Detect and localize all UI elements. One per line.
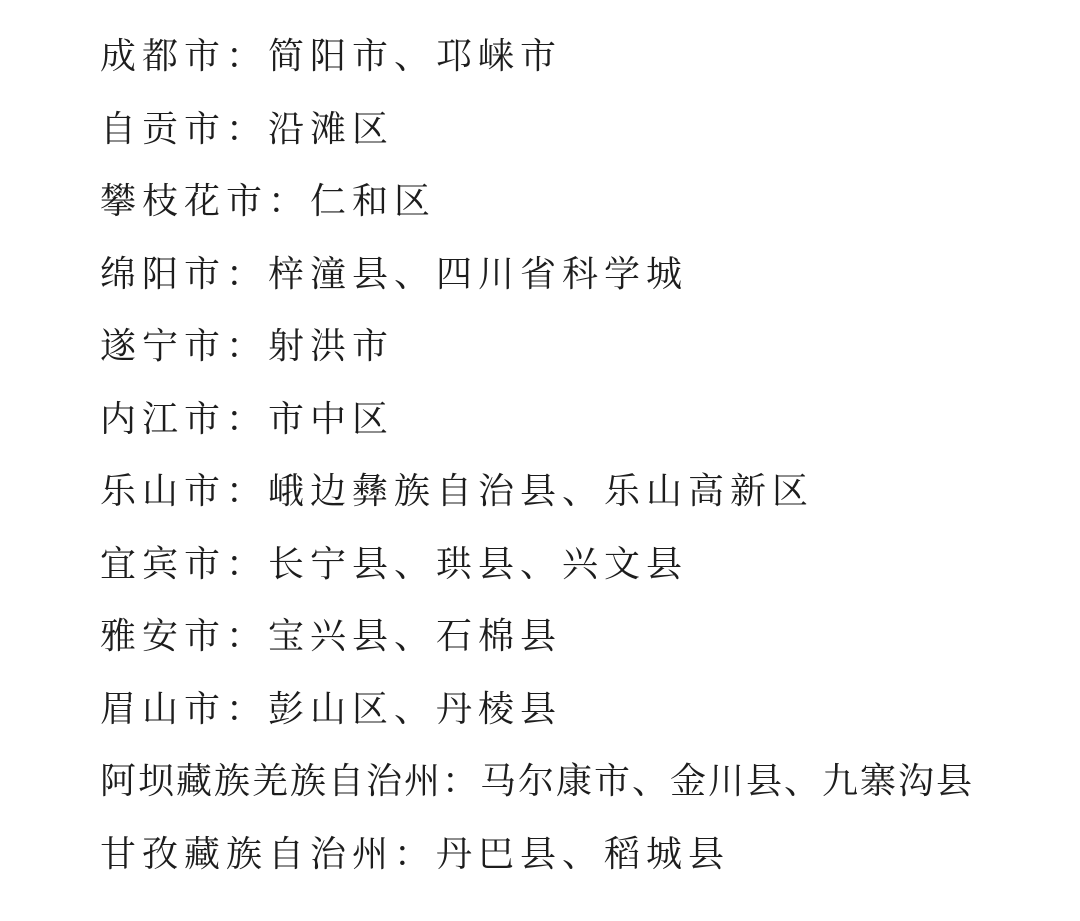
list-item-chengdu: 成都市：简阳市、邛崃市 [100, 21, 1080, 94]
list-item-yibin: 宜宾市：长宁县、珙县、兴文县 [100, 529, 1080, 602]
list-item-neijiang: 内江市：市中区 [100, 384, 1080, 457]
list-item-leshan: 乐山市：峨边彝族自治县、乐山高新区 [100, 456, 1080, 529]
list-item-meishan: 眉山市：彭山区、丹棱县 [100, 674, 1080, 747]
list-item-suining: 遂宁市：射洪市 [100, 311, 1080, 384]
list-item-panzhihua: 攀枝花市：仁和区 [100, 166, 1080, 239]
list-item-aba: 阿坝藏族羌族自治州：马尔康市、金川县、九寨沟县 [100, 746, 1080, 819]
document-body: 成都市：简阳市、邛崃市 自贡市：沿滩区 攀枝花市：仁和区 绵阳市：梓潼县、四川省… [0, 0, 1080, 891]
list-item-ganzi: 甘孜藏族自治州：丹巴县、稻城县 [100, 819, 1080, 892]
list-item-yaan: 雅安市：宝兴县、石棉县 [100, 601, 1080, 674]
list-item-zigong: 自贡市：沿滩区 [100, 94, 1080, 167]
list-item-mianyang: 绵阳市：梓潼县、四川省科学城 [100, 239, 1080, 312]
